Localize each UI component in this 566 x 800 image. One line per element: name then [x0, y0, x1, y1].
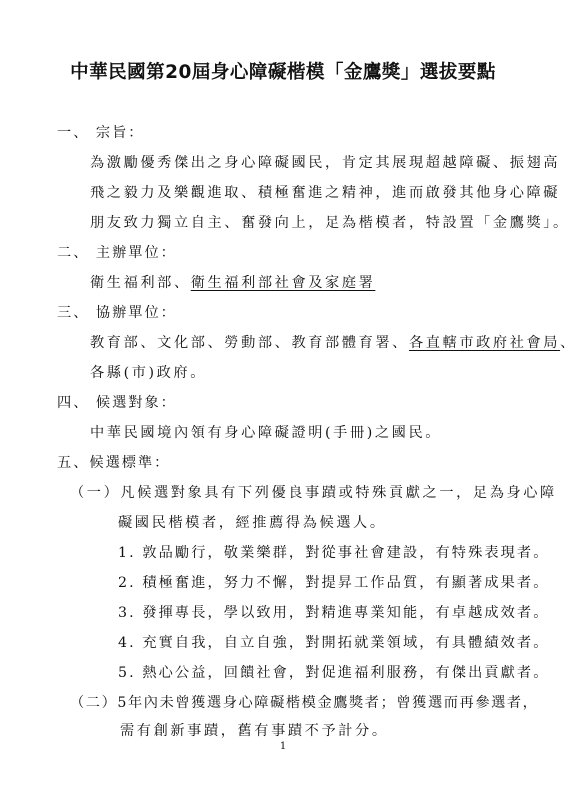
punctuation: 、: [560, 335, 566, 351]
co-organizer-line-2: 各縣(市)政府。: [90, 362, 207, 382]
organizer-agency-underlined: 衛生福利部社會及家庭署: [191, 275, 376, 291]
section-heading-purpose: 一、 宗旨：: [57, 122, 144, 142]
section-heading-criteria: 五、候選標準：: [57, 452, 170, 472]
organizer-ministry: 衛生福利部、: [90, 275, 191, 291]
criteria-item-1: 1. 敦品勵行，敬業樂群，對從事社會建設，有特殊表現者。: [118, 542, 550, 562]
criteria-item-4: 4. 充實自我，自立自強，對開拓就業領域，有具體績效者。: [118, 632, 550, 652]
paragraph-line: 飛之毅力及樂觀進取、積極奮進之精神，進而啟發其他身心障礙: [90, 182, 560, 202]
candidates-line: 中華民國境內領有身心障礙證明(手冊)之國民。: [90, 422, 442, 442]
co-organizer-line: 教育部、文化部、勞動部、教育部體育署、各直轄市政府社會局、: [90, 332, 566, 352]
criteria-sub2-line2: 需有創新事蹟，舊有事蹟不予計分。: [120, 720, 389, 740]
document-page: 中華民國第20屆身心障礙楷模「金鷹獎」選拔要點 一、 宗旨： 為激勵優秀傑出之身…: [0, 0, 566, 800]
criteria-item-5: 5. 熱心公益，回饋社會，對促進福利服務，有傑出貢獻者。: [118, 662, 550, 682]
co-organizer-ministries: 教育部、文化部、勞動部、教育部體育署、: [90, 335, 409, 351]
paragraph-line: 朋友致力獨立自主、奮發向上，足為楷模者，特設置「金鷹獎」。: [90, 212, 566, 232]
criteria-sub2-line1: （二）5年內未曾獲選身心障礙楷模金鷹獎者；曾獲選而再參選者，: [70, 692, 538, 712]
criteria-sub1-line2: 礙國民楷模者，經推薦得為候選人。: [118, 512, 387, 532]
page-number: 1: [0, 741, 566, 752]
criteria-item-3: 3. 發揮專長，學以致用，對精進專業知能，有卓越成效者。: [118, 602, 550, 622]
criteria-sub1-line1: （一）凡候選對象具有下列優良事蹟或特殊貢獻之一，足為身心障: [70, 482, 557, 502]
page-title: 中華民國第20屆身心障礙楷模「金鷹獎」選拔要點: [0, 58, 566, 84]
section-heading-organizer: 二、 主辦單位：: [57, 242, 177, 262]
section-heading-co-organizer: 三、 協辦單位：: [57, 302, 177, 322]
criteria-item-2: 2. 積極奮進，努力不懈，對提昇工作品質，有顯著成果者。: [118, 572, 550, 592]
organizer-line: 衛生福利部、衛生福利部社會及家庭署: [90, 272, 375, 292]
co-organizer-underlined: 各直轄市政府社會局: [409, 335, 560, 351]
paragraph-line: 為激勵優秀傑出之身心障礙國民，肯定其展現超越障礙、振翅高: [90, 152, 560, 172]
section-heading-candidates: 四、 候選對象：: [57, 392, 177, 412]
